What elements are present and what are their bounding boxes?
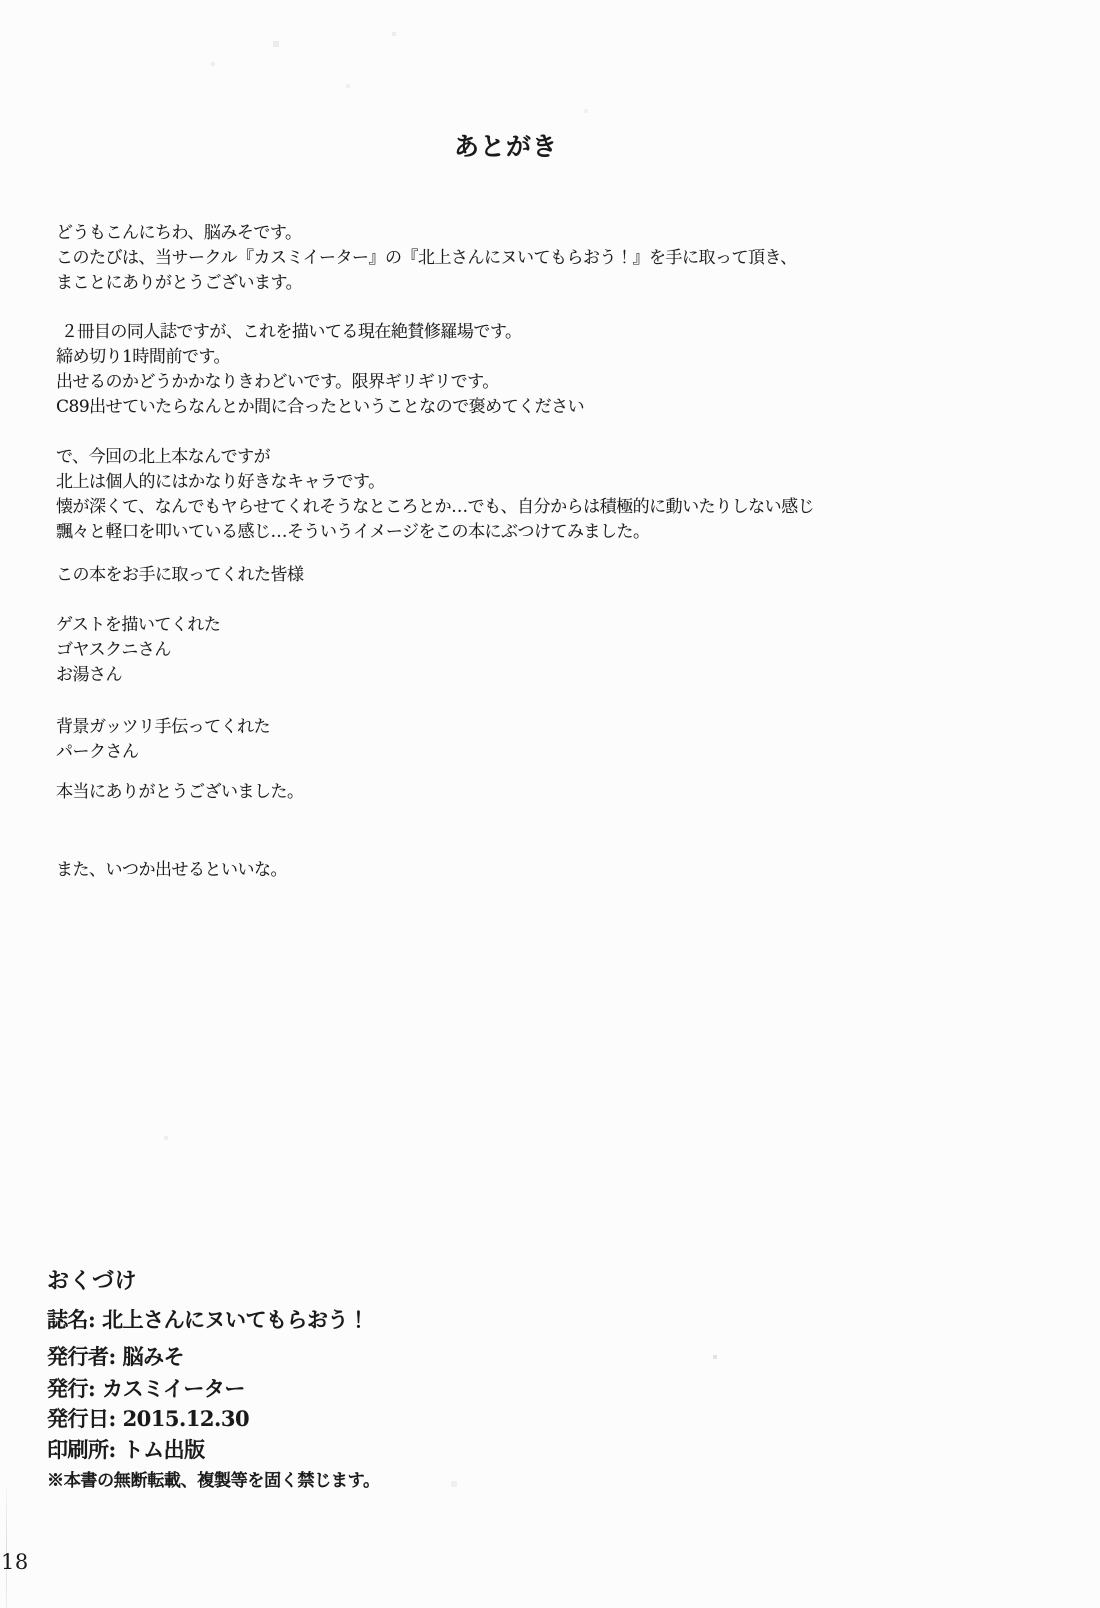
afterword-paragraph-7: 本当にありがとうございました。 (56, 780, 304, 805)
colophon-heading: おくづけ (47, 1264, 137, 1295)
afterword-line: この本をお手に取ってくれた皆様 (56, 563, 304, 588)
afterword-line: また、いつか出せるといいな。 (56, 858, 287, 883)
afterword-line: どうもこんにちわ、脳みそです。 (56, 221, 797, 246)
page-title: あとがき (454, 127, 558, 163)
afterword-line: ゲストを描いてくれた (56, 613, 220, 638)
afterword-paragraph-8: また、いつか出せるといいな。 (56, 858, 287, 883)
afterword-paragraph-6: 背景ガッツリ手伝ってくれた パークさん (56, 715, 270, 765)
scan-speck-layer (0, 0, 2, 2)
afterword-line: 本当にありがとうございました。 (56, 780, 304, 805)
colophon-line-title: 誌名: 北上さんにヌいてもらおう！ (47, 1304, 369, 1334)
page-number: 18 (1, 1550, 29, 1574)
colophon-line-author: 発行者: 脳みそ (47, 1341, 184, 1371)
scanned-afterword-page: あとがき どうもこんにちわ、脳みそです。 このたびは、当サークル『カスミイーター… (0, 0, 1100, 1608)
afterword-paragraph-3: で、今回の北上本なんですが 北上は個人的にはかなり好きなキャラです。 懐が深くて… (56, 445, 814, 545)
afterword-line: ２冊目の同人誌ですが、これを描いてる現在絶賛修羅場です。 (56, 320, 584, 345)
colophon-notice: ※本書の無断転載、複製等を固く禁じます。 (47, 1466, 380, 1491)
afterword-line: 出せるのかどうかかなりきわどいです。限界ギリギリです。 (56, 370, 584, 395)
afterword-line: C89出せていたらなんとか間に合ったということなので褒めてください (56, 395, 584, 420)
afterword-line: 締め切り1時間前です。 (56, 345, 584, 370)
afterword-paragraph-4: この本をお手に取ってくれた皆様 (56, 563, 304, 588)
afterword-line: お湯さん (56, 663, 220, 688)
colophon-line-circle: 発行: カスミイーター (47, 1373, 245, 1403)
afterword-line: ゴヤスクニさん (56, 638, 220, 663)
colophon-line-printer: 印刷所: トム出版 (47, 1434, 205, 1464)
afterword-line: 背景ガッツリ手伝ってくれた (56, 715, 270, 740)
scan-edge-line (6, 1486, 7, 1608)
afterword-paragraph-2: ２冊目の同人誌ですが、これを描いてる現在絶賛修羅場です。 締め切り1時間前です。… (56, 320, 584, 420)
afterword-line: で、今回の北上本なんですが (56, 445, 814, 470)
afterword-line: 飄々と軽口を叩いている感じ…そういうイメージをこの本にぶつけてみました。 (56, 520, 814, 545)
afterword-line: 北上は個人的にはかなり好きなキャラです。 (56, 470, 814, 495)
afterword-paragraph-5: ゲストを描いてくれた ゴヤスクニさん お湯さん (56, 613, 220, 688)
afterword-line: パークさん (56, 740, 270, 765)
colophon-line-date: 発行日: 2015.12.30 (47, 1403, 249, 1433)
afterword-line: 懐が深くて、なんでもヤらせてくれそうなところとか…でも、自分からは積極的に動いた… (56, 495, 814, 520)
afterword-paragraph-1: どうもこんにちわ、脳みそです。 このたびは、当サークル『カスミイーター』の『北上… (56, 221, 797, 296)
afterword-line: このたびは、当サークル『カスミイーター』の『北上さんにヌいてもらおう！』を手に取… (56, 246, 797, 271)
afterword-line: まことにありがとうございます。 (56, 271, 797, 296)
